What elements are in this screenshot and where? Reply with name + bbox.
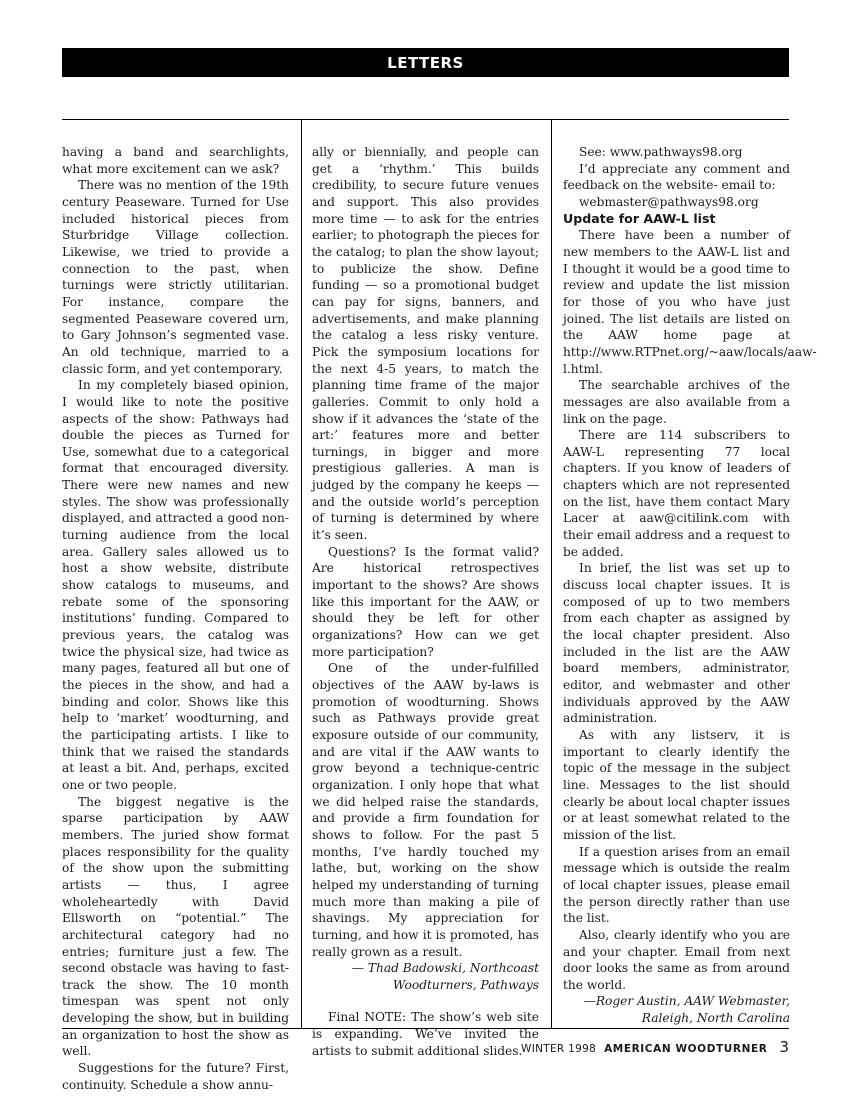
paragraph: I’d appreciate any comment and feedback … [563, 161, 790, 194]
paragraph: Questions? Is the format valid? Are hist… [312, 544, 539, 661]
section-heading: Update for AAW-L list [563, 211, 790, 228]
paragraph: In my completely biased opinion, I would… [62, 377, 289, 793]
paragraph: having a band and searchlights, what mor… [62, 144, 289, 177]
column-divider-1 [301, 119, 302, 1029]
paragraph: The biggest negative is the sparse parti… [62, 794, 289, 1061]
section-header-bar: LETTERS [62, 48, 789, 77]
column-1: having a band and searchlights, what mor… [62, 144, 289, 1093]
magazine-title: AMERICAN WOODTURNER [604, 1043, 767, 1055]
signature-line-1: —Roger Austin, AAW Webmaster, [563, 993, 790, 1010]
column-2: ally or biennially, and people can get a… [312, 144, 539, 1059]
signature-line-1: — Thad Badowski, Northcoast [312, 960, 539, 977]
spacer [312, 993, 539, 1009]
paragraph: Also, clearly identify who you are and y… [563, 927, 790, 994]
page-number: 3 [779, 1038, 789, 1056]
paragraph: ally or biennially, and people can get a… [312, 144, 539, 544]
website-link-line: See: www.pathways98.org [563, 144, 790, 161]
top-rule [62, 119, 789, 120]
page-footer: WINTER 1998 AMERICAN WOODTURNER 3 [521, 1038, 789, 1056]
paragraph: There was no mention of the 19th century… [62, 177, 289, 377]
paragraph: There have been a number of new members … [563, 227, 790, 377]
paragraph: If a question arises from an email messa… [563, 844, 790, 927]
column-divider-2 [551, 119, 552, 1029]
signature-line-2: Woodturners, Pathways [312, 977, 539, 994]
issue-date: WINTER 1998 [521, 1043, 596, 1055]
paragraph: The searchable archives of the messages … [563, 377, 790, 427]
column-3: See: www.pathways98.org I’d appreciate a… [563, 144, 790, 1027]
signature-line-2: Raleigh, North Carolina [563, 1010, 790, 1027]
paragraph: Suggestions for the future? First, conti… [62, 1060, 289, 1093]
paragraph: In brief, the list was set up to discuss… [563, 560, 790, 727]
paragraph: As with any listserv, it is important to… [563, 727, 790, 844]
final-note: Final NOTE: The show’s web site is expan… [312, 1009, 539, 1059]
paragraph: One of the under-fulfilled objectives of… [312, 660, 539, 960]
paragraph: There are 114 subscribers to AAW-L repre… [563, 427, 790, 560]
section-title: LETTERS [387, 54, 464, 72]
email-line: webmaster@pathways98.org [563, 194, 790, 211]
